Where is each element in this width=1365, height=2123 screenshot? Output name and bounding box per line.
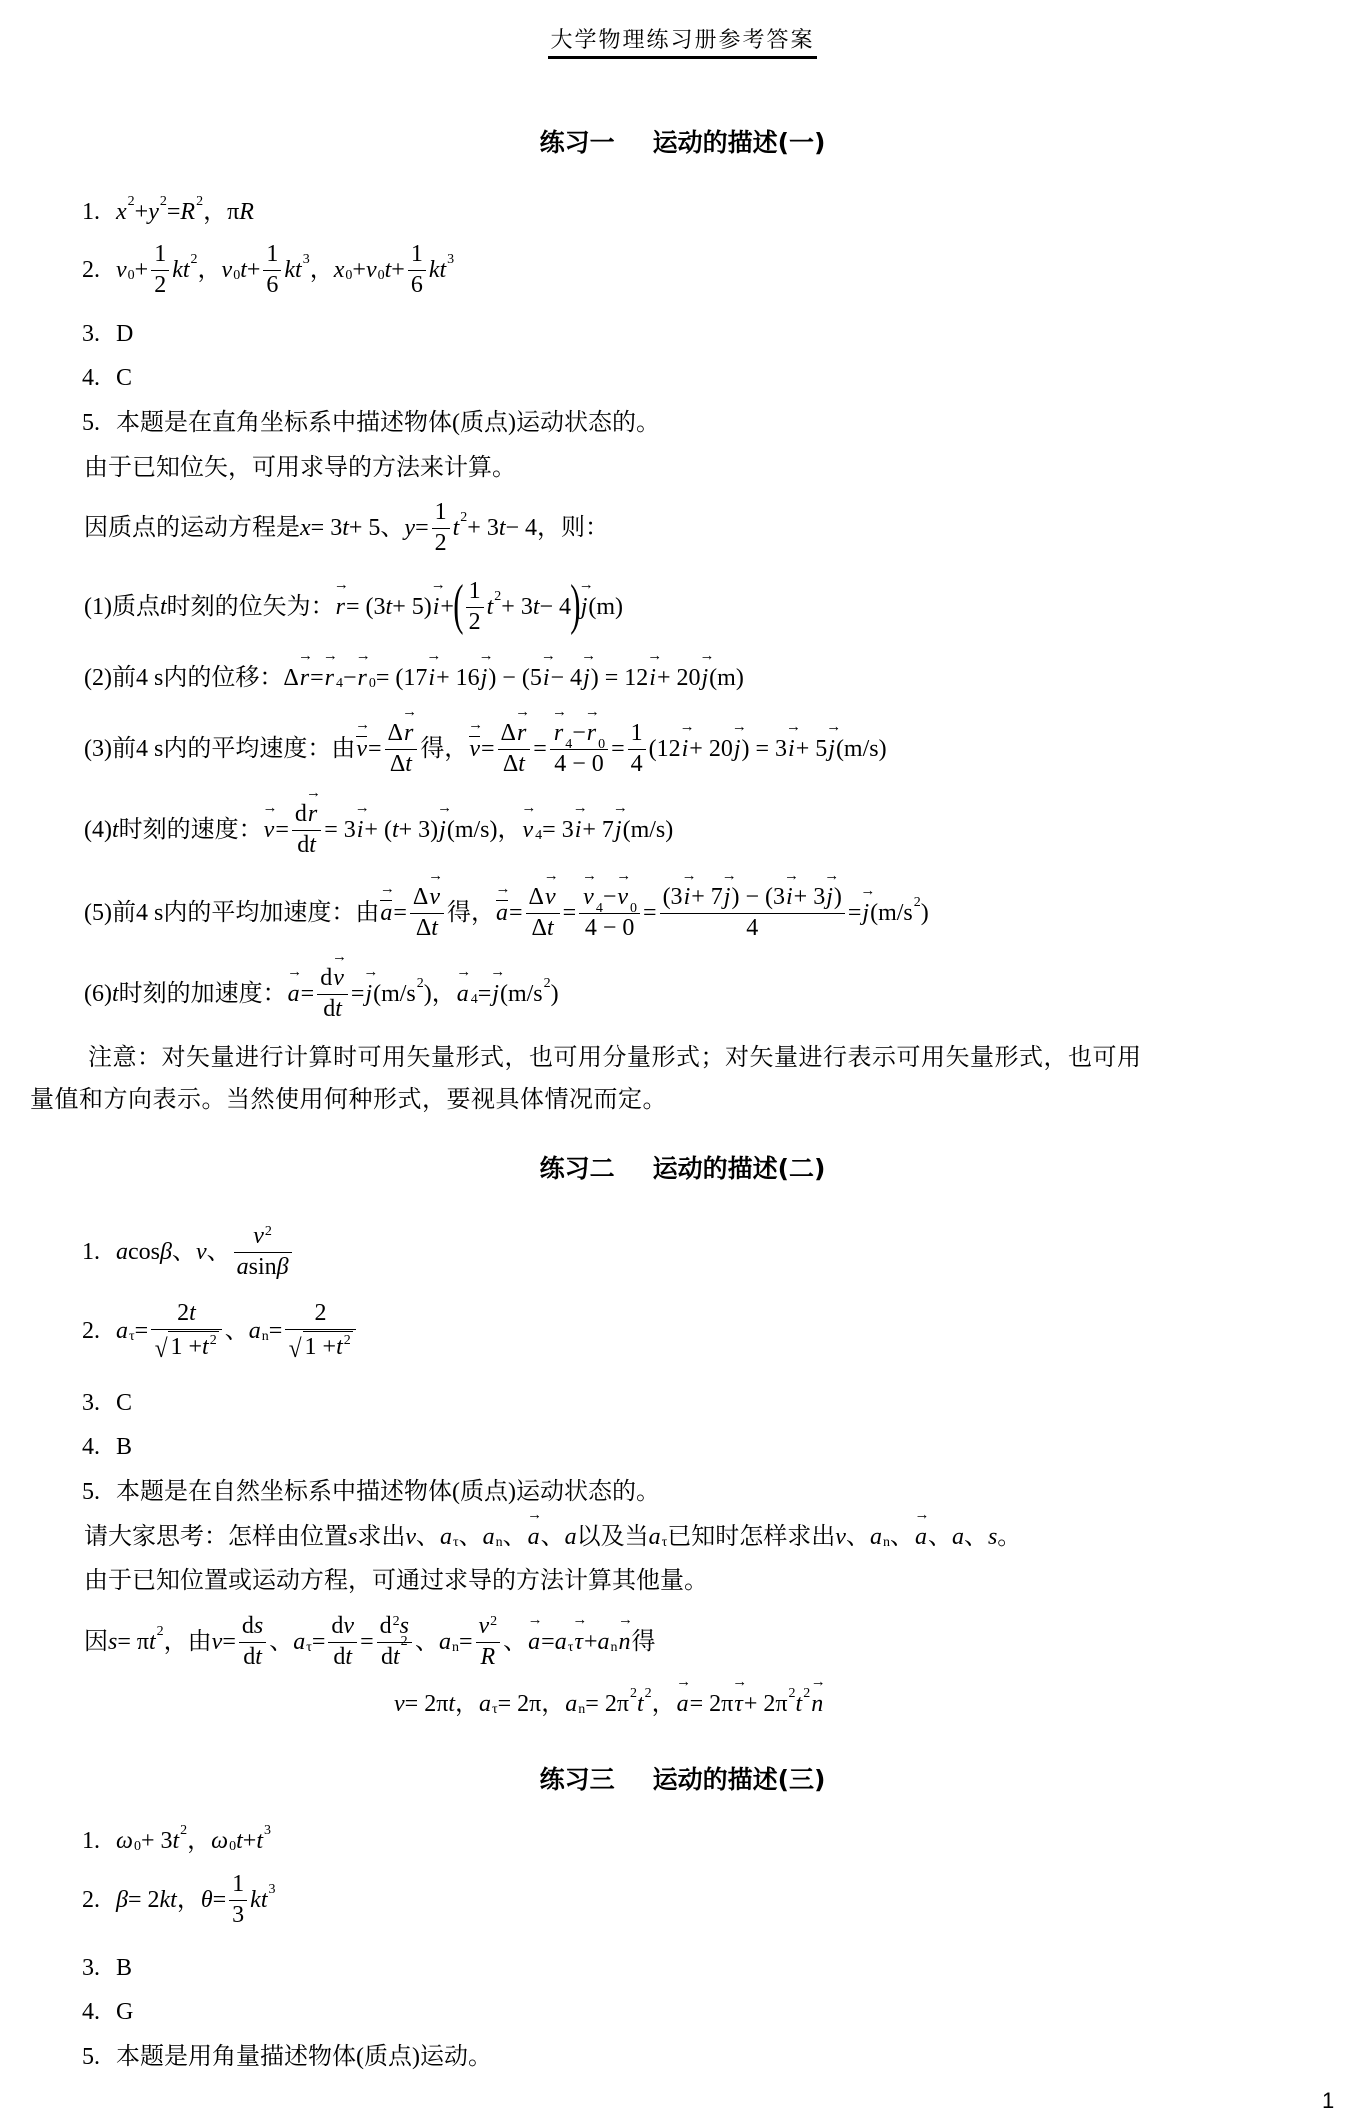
subscript: 0 — [630, 901, 637, 917]
vector-symbol: a — [287, 980, 301, 1009]
math-text: 由于已知位矢，可用求导的方法来计算。 — [84, 454, 516, 483]
vector-symbol: i — [427, 664, 436, 693]
answer-line: (1)质点 t 时刻的位矢为：r = (3t + 5)i + (12t2 + 3… — [84, 577, 623, 637]
superscript: 2 — [645, 1686, 652, 1703]
radical-sign-icon: √ — [289, 1336, 302, 1362]
math-text: + 20 — [657, 664, 701, 693]
fraction: dvdt — [317, 965, 348, 1023]
math-text: 2 — [177, 1300, 189, 1328]
superscript: 3 — [269, 1882, 276, 1899]
fraction: drdt — [292, 801, 321, 859]
math-text: = — [301, 980, 315, 1009]
math-text: = — [611, 735, 625, 764]
vector-symbol: i — [683, 884, 692, 912]
vector-symbol: j — [438, 816, 447, 845]
subscript: τ — [306, 1640, 312, 1657]
math-variable: t — [160, 593, 167, 622]
vector-symbol: τ — [573, 1628, 584, 1657]
math-text: + 5) — [392, 593, 432, 622]
math-text: 6 — [411, 272, 423, 300]
denominator: 6 — [408, 270, 426, 300]
math-text: (2)前4 s内的位移：Δ — [84, 664, 299, 693]
math-variable: a — [649, 1523, 661, 1552]
vector-symbol: j — [582, 664, 591, 693]
math-text: 、 — [503, 1628, 527, 1657]
vector-symbol: i — [432, 593, 441, 622]
math-text: + — [440, 593, 454, 622]
math-variable: kt — [160, 1886, 177, 1915]
math-text: 1 — [469, 578, 481, 606]
math-text: + 3 — [501, 593, 533, 622]
math-variable: t — [547, 915, 554, 943]
section-title-2: 练习二 运动的描述(二) — [0, 1147, 1365, 1187]
math-text: Δ — [529, 884, 544, 912]
math-variable: t — [431, 915, 438, 943]
math-text: + 20 — [689, 735, 733, 764]
subscript: 4 — [565, 737, 572, 753]
math-variable: a — [439, 1628, 451, 1657]
section-topic: 运动的描述(一) — [653, 123, 826, 159]
subscript: τ — [662, 1535, 668, 1552]
math-text: (m/s) — [836, 735, 887, 764]
math-variable: a — [293, 1628, 305, 1657]
math-text: = (17 — [376, 664, 428, 693]
answer-line: 1.ω0 + 3t2，ω0t + t3 — [82, 1811, 271, 1871]
denominator: 6 — [263, 270, 281, 300]
math-variable: v — [212, 1628, 223, 1657]
math-text: 、 — [890, 1523, 914, 1552]
vector-symbol: j — [364, 980, 373, 1009]
math-text: = 2π — [690, 1690, 734, 1719]
math-variable: t — [240, 256, 247, 285]
item-number: 1. — [82, 1238, 100, 1267]
mean-vector-symbol: v — [355, 735, 368, 764]
math-text: 时刻的加速度： — [119, 980, 287, 1009]
math-text: 请大家思考：怎样由位置 — [84, 1523, 348, 1552]
numerator: 1 — [628, 720, 646, 749]
subscript: n — [262, 1329, 269, 1346]
subscript: τ — [453, 1535, 459, 1552]
math-variable: a — [479, 1690, 491, 1719]
vector-symbol: v — [428, 884, 441, 912]
math-text: 6 — [266, 272, 278, 300]
math-text: G — [116, 1998, 133, 2027]
superscript: 2 — [344, 1333, 351, 1349]
fraction: 12 — [432, 499, 450, 557]
math-text: 因 — [84, 1628, 108, 1657]
math-text: ， — [187, 1827, 211, 1856]
vector-symbol: j — [723, 884, 732, 912]
math-text: 得， — [447, 899, 495, 928]
math-text: 4 — [631, 751, 643, 779]
vector-symbol: a — [456, 980, 470, 1009]
math-text: 、 — [964, 1523, 988, 1552]
item-number: 4. — [82, 364, 100, 393]
mean-vector-symbol: a — [495, 899, 509, 928]
fraction: v2asinβ — [234, 1223, 292, 1281]
math-text: 本题是在直角坐标系中描述物体(质点)运动状态的。 — [116, 409, 660, 438]
fraction: v4 − v04 − 0 — [579, 884, 640, 942]
math-text: = — [213, 1886, 227, 1915]
math-text: 1 — [232, 1871, 244, 1899]
vector-symbol: j — [480, 664, 489, 693]
math-variable: v — [366, 256, 377, 285]
math-variable: β — [160, 1238, 172, 1267]
math-variable: t — [336, 1334, 343, 1362]
math-variable: t — [499, 514, 506, 543]
math-variable: t — [392, 816, 399, 845]
numerator: r4 − r0 — [550, 720, 608, 749]
math-text: = 2π， — [498, 1690, 566, 1719]
fraction: 16 — [263, 241, 281, 299]
item-number: 1. — [82, 1827, 100, 1856]
math-text: Δ — [532, 915, 547, 943]
math-variable: β — [116, 1886, 128, 1915]
math-text: 4 — [746, 915, 758, 943]
vector-symbol: j — [861, 899, 870, 928]
math-text: 、 — [541, 1523, 565, 1552]
answer-line: 由于已知位置或运动方程，可通过求导的方法计算其他量。 — [84, 1551, 708, 1611]
denominator: Δt — [410, 913, 444, 943]
math-text: 、 — [225, 1317, 249, 1346]
math-text: + 3) — [399, 816, 439, 845]
math-text: + ( — [364, 816, 392, 845]
math-text: = — [509, 899, 523, 928]
math-variable: kt — [172, 256, 189, 285]
math-text: d — [323, 996, 335, 1024]
math-text: 1 + — [170, 1334, 202, 1362]
numerator: v2 — [250, 1223, 275, 1252]
math-text: (m/s) — [623, 816, 674, 845]
fraction: 2t√1 + t2 — [151, 1300, 222, 1361]
answer-line: (5)前4 s内的平均加速度：由a = ΔvΔt得，a = ΔvΔt = v4 … — [84, 883, 929, 943]
math-text: 2 — [314, 1300, 326, 1328]
superscript: 2 — [460, 510, 467, 527]
section-label: 练习一 — [540, 123, 615, 159]
subscript: 4 — [336, 676, 343, 693]
numerator: ds — [239, 1613, 266, 1642]
math-variable: a — [952, 1523, 964, 1552]
math-variable: a — [249, 1317, 261, 1346]
numerator: Δv — [526, 884, 560, 913]
math-text: + 7 — [582, 816, 614, 845]
math-variable: β — [277, 1254, 289, 1282]
denominator: Δt — [498, 749, 531, 779]
math-text: = — [541, 1628, 555, 1657]
vector-symbol: n — [810, 1690, 824, 1719]
math-text: = π — [117, 1628, 149, 1657]
numerator: 1 — [229, 1871, 247, 1900]
math-text: (m) — [709, 664, 744, 693]
math-text: + — [584, 1628, 598, 1657]
fraction: r4 − r04 − 0 — [550, 720, 608, 778]
math-text: = — [351, 980, 365, 1009]
denominator: 4 — [660, 913, 845, 943]
math-text: 1 + — [305, 1334, 337, 1362]
math-text: = — [269, 1317, 283, 1346]
math-text: 1 — [266, 241, 278, 269]
math-variable: v — [394, 1690, 405, 1719]
math-text: (12 — [649, 735, 681, 764]
math-text: = 2 — [128, 1886, 160, 1915]
note-line: 量值和方向表示。当然使用何种形式，要视具体情况而定。 — [30, 1069, 667, 1129]
math-variable: t — [189, 1300, 196, 1328]
math-variable: s — [348, 1523, 357, 1552]
superscript: 2 — [180, 1823, 187, 1840]
math-variable: kt — [429, 256, 446, 285]
numerator: 2t — [174, 1300, 199, 1329]
math-text: = — [360, 1628, 374, 1657]
superscript: 2 — [157, 1624, 164, 1641]
denominator: dt2 — [377, 1642, 412, 1672]
fraction: ΔvΔt — [526, 884, 560, 942]
answer-line: 2.aτ = 2t√1 + t2、an = 2√1 + t2 — [82, 1301, 359, 1361]
section-label: 练习三 — [540, 1760, 615, 1796]
math-variable: t — [637, 1690, 644, 1719]
vector-symbol: r — [357, 664, 368, 693]
vector-symbol: v — [544, 884, 557, 912]
math-variable: a — [116, 1238, 128, 1267]
math-text: = — [135, 1317, 149, 1346]
math-text: C — [116, 1389, 132, 1418]
mean-vector-symbol: a — [379, 899, 393, 928]
math-text: d — [333, 1644, 345, 1672]
denominator: 4 — [628, 749, 646, 779]
math-text: = 2π — [585, 1690, 629, 1719]
answer-line: 2.v0 + 12kt2，v0t + 16kt3，x0 + v0t + 16kt… — [82, 240, 454, 300]
math-text: = — [275, 816, 289, 845]
math-text: 4 − 0 — [554, 751, 604, 779]
fraction: ΔrΔt — [385, 720, 418, 778]
math-variable: t — [256, 1827, 263, 1856]
fraction: 12 — [151, 241, 169, 299]
math-variable: a — [870, 1523, 882, 1552]
numerator: 2 — [311, 1300, 329, 1329]
math-text: = — [533, 735, 547, 764]
math-variable: x — [334, 256, 345, 285]
math-text: + 3 — [794, 884, 826, 912]
math-text: (m/s)， — [447, 816, 522, 845]
fraction: ΔrΔt — [498, 720, 531, 778]
superscript: 2 — [789, 1686, 796, 1703]
math-variable: t — [487, 593, 494, 622]
section-title-1: 练习一 运动的描述(一) — [0, 121, 1365, 161]
document-page: 大学物理练习册参考答案 练习一 运动的描述(一) 1.x2 + y2 = R2，… — [0, 0, 1365, 2123]
math-text: − — [603, 884, 617, 912]
denominator: 2 — [432, 528, 450, 558]
denominator: R — [476, 1642, 501, 1672]
math-variable: a — [555, 1628, 567, 1657]
math-variable: t — [533, 593, 540, 622]
math-text: = — [393, 899, 407, 928]
math-text: + — [135, 198, 149, 227]
math-text: ，π — [203, 198, 239, 227]
math-text: + 5、 — [349, 514, 405, 543]
math-text: − 4 — [551, 664, 583, 693]
vector-symbol: r — [553, 720, 564, 748]
superscript: 3 — [447, 252, 454, 269]
denominator: dt — [317, 994, 348, 1024]
math-variable: t — [173, 1827, 180, 1856]
math-text: (1)质点 — [84, 593, 160, 622]
subscript: 4 — [596, 901, 603, 917]
numerator: dv — [317, 965, 348, 994]
math-text: − 4 — [540, 593, 572, 622]
superscript: 2 — [630, 1686, 637, 1703]
math-variable: t — [405, 751, 412, 779]
answer-line: (3)前4 s内的平均速度：由v = ΔrΔt得，v = ΔrΔt = r4 −… — [84, 719, 887, 779]
denominator: dt — [292, 830, 321, 860]
answer-line: 2.β = 2kt，θ = 13kt3 — [82, 1870, 276, 1930]
subscript: τ — [492, 1702, 498, 1719]
fraction: d2sdt2 — [377, 1613, 412, 1671]
fraction: 16 — [408, 241, 426, 299]
math-text: (5)前4 s内的平均加速度：由 — [84, 899, 379, 928]
item-number: 1. — [82, 198, 100, 227]
math-text: ，由 — [164, 1628, 212, 1657]
math-text: = — [368, 735, 382, 764]
math-text: (6) — [84, 980, 112, 1009]
numerator: 1 — [432, 499, 450, 528]
fraction: 12 — [466, 578, 484, 636]
math-text: ) − (3 — [731, 884, 785, 912]
superscript: 3 — [303, 252, 310, 269]
subscript: 0 — [229, 1839, 236, 1856]
vector-symbol: i — [542, 664, 551, 693]
denominator: √1 + t2 — [285, 1329, 356, 1362]
math-variable: t — [309, 832, 316, 860]
vector-symbol: i — [785, 884, 794, 912]
item-number: 5. — [82, 2043, 100, 2072]
subscript: n — [883, 1535, 890, 1552]
numerator: Δv — [410, 884, 444, 913]
math-text: + — [391, 256, 405, 285]
math-text: B — [116, 1954, 132, 1983]
subscript: n — [610, 1640, 617, 1657]
math-text: + — [352, 256, 366, 285]
denominator: asinβ — [234, 1252, 292, 1282]
math-text: 1 — [411, 241, 423, 269]
vector-symbol: j — [700, 664, 709, 693]
numerator: 1 — [466, 578, 484, 607]
radical-sign-icon: √ — [155, 1336, 168, 1362]
superscript: 2 — [401, 1634, 408, 1650]
math-variable: a — [116, 1317, 128, 1346]
math-text: ， — [198, 256, 222, 285]
numerator: Δr — [498, 720, 531, 749]
vector-symbol: i — [681, 735, 690, 764]
math-variable: t — [393, 1644, 400, 1672]
math-text: = 3 — [324, 816, 356, 845]
math-variable: t — [518, 751, 525, 779]
vector-symbol: j — [733, 735, 742, 764]
math-text: = 3 — [542, 816, 574, 845]
math-variable: θ — [201, 1886, 213, 1915]
math-variable: t — [796, 1690, 803, 1719]
running-header-title: 大学物理练习册参考答案 — [548, 28, 816, 59]
math-text: + 7 — [691, 884, 723, 912]
math-variable: t — [386, 593, 393, 622]
numerator: (3i + 7j) − (3i + 3j) — [660, 884, 845, 913]
item-number: 4. — [82, 1433, 100, 1462]
math-text: = — [415, 514, 429, 543]
math-variable: t — [345, 1644, 352, 1672]
denominator: Δt — [385, 749, 418, 779]
subscript: n — [578, 1702, 585, 1719]
math-text: 、 — [172, 1238, 196, 1267]
math-text: = — [167, 198, 181, 227]
math-text: ， — [652, 1690, 676, 1719]
math-text: = — [222, 1628, 236, 1657]
numerator: dr — [292, 801, 321, 830]
math-text: + — [247, 256, 261, 285]
answer-line: (2)前4 s内的位移：Δr = r4 − r0 = (17i + 16j) −… — [84, 648, 744, 708]
vector-symbol: v — [616, 884, 629, 912]
section-topic: 运动的描述(二) — [653, 1149, 826, 1185]
superscript: 2 — [265, 1224, 272, 1240]
math-text: )， — [424, 980, 456, 1009]
math-text: (m/s — [500, 980, 543, 1009]
math-variable: t — [335, 996, 342, 1024]
math-text: + 16 — [436, 664, 480, 693]
vector-symbol: j — [614, 816, 623, 845]
superscript: 2 — [196, 194, 203, 211]
math-text: (m) — [588, 593, 623, 622]
vector-symbol: r — [299, 664, 310, 693]
math-variable: y — [148, 198, 159, 227]
math-text: ， — [455, 1690, 479, 1719]
numerator: 1 — [263, 241, 281, 270]
denominator: dt — [239, 1642, 266, 1672]
vector-symbol: a — [676, 1690, 690, 1719]
answer-line: (4) t 时刻的速度：v = drdt = 3i + (t + 3)j(m/s… — [84, 800, 673, 860]
math-text: d — [381, 1644, 393, 1672]
subscript: τ — [129, 1329, 135, 1346]
math-text: d — [380, 1613, 392, 1641]
running-header: 大学物理练习册参考答案 — [0, 28, 1365, 59]
denominator: 3 — [229, 1900, 247, 1930]
math-text: ) = 3 — [742, 735, 788, 764]
math-text: (3)前4 s内的平均速度：由 — [84, 735, 355, 764]
math-text: sin — [249, 1254, 277, 1282]
section-topic: 运动的描述(三) — [653, 1760, 826, 1796]
page-number: 1 — [1322, 2088, 1334, 2114]
vector-symbol: r — [516, 720, 527, 748]
answer-line: 因质点的运动方程是x = 3t + 5、y = 12t2 + 3t − 4，则： — [84, 498, 609, 558]
math-text: 、 — [269, 1628, 293, 1657]
denominator: √1 + t2 — [151, 1329, 222, 1362]
numerator: 1 — [408, 241, 426, 270]
answer-line: (6) t 时刻的加速度：a = dvdt = j(m/s2)，a4 = j(m… — [84, 964, 559, 1024]
vector-symbol: j — [580, 593, 589, 622]
math-text: d — [243, 1644, 255, 1672]
large-paren: ( — [453, 577, 463, 633]
math-text: Δ — [388, 720, 403, 748]
math-text: 2 — [435, 530, 447, 558]
math-variable: x — [300, 514, 311, 543]
item-number: 3. — [82, 320, 100, 349]
superscript: 2 — [128, 194, 135, 211]
vector-symbol: i — [787, 735, 796, 764]
item-number: 4. — [82, 1998, 100, 2027]
math-variable: v — [479, 1613, 490, 1641]
vector-symbol: r — [403, 720, 414, 748]
numerator: v4 − v0 — [579, 884, 640, 913]
math-text: 1 — [631, 720, 643, 748]
math-text: ， — [310, 256, 334, 285]
math-variable: t — [385, 256, 392, 285]
answer-line: 1.x2 + y2 = R2，πR — [82, 182, 254, 242]
